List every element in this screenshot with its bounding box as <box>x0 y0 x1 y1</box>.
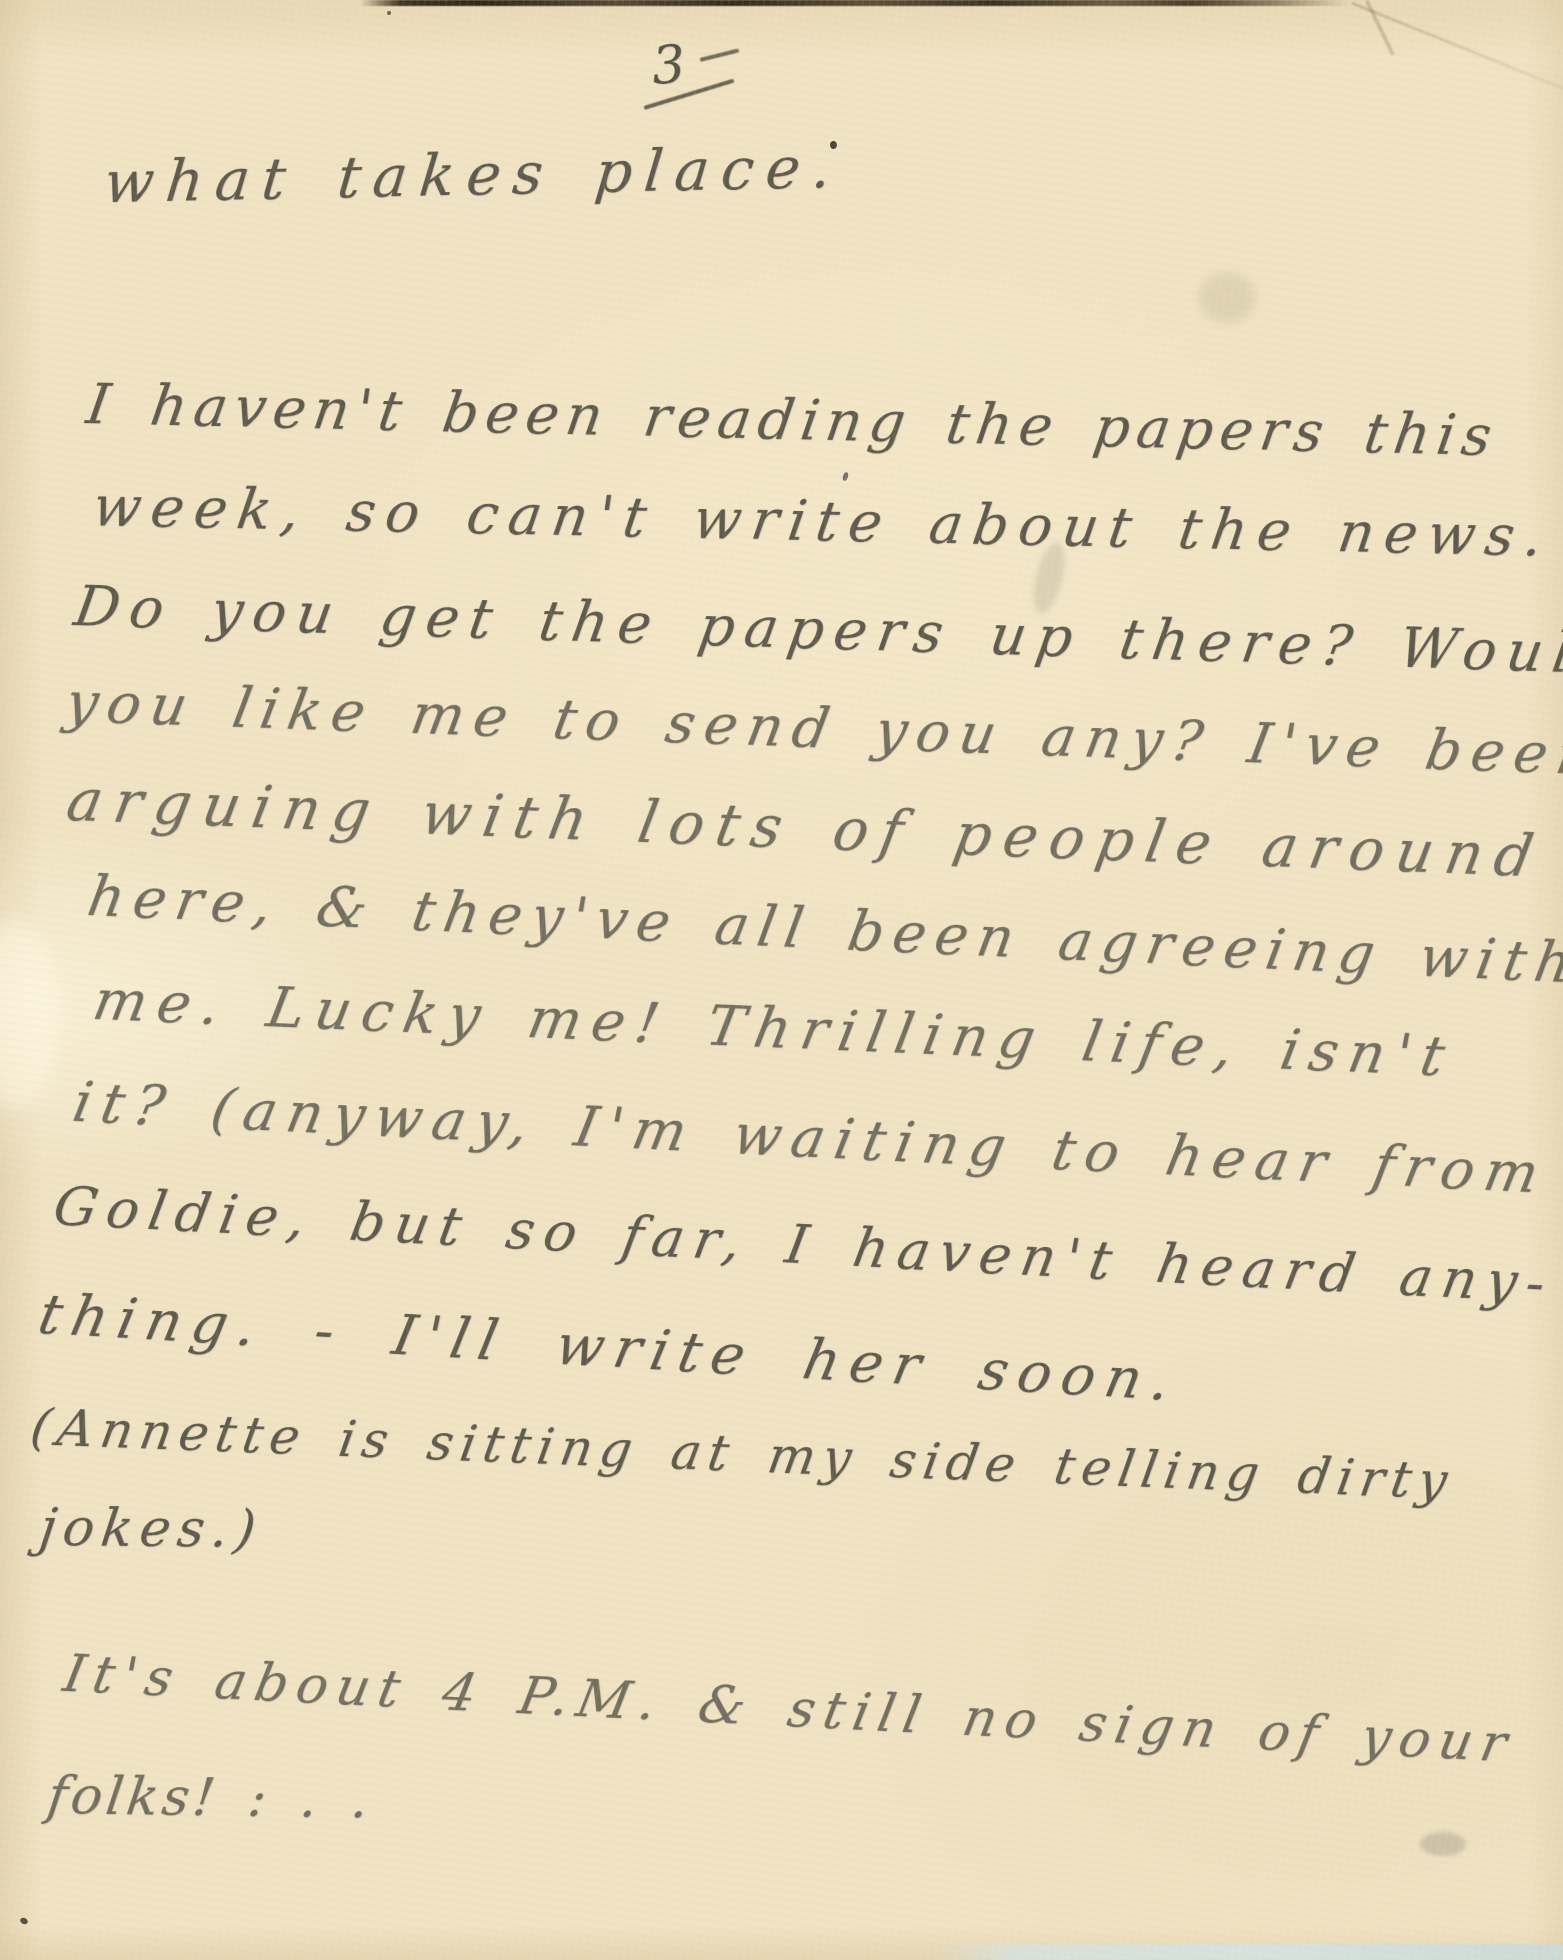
handwritten-line: you like me to send you any? I've been <box>61 670 1563 788</box>
handwritten-line: what takes place. <box>101 133 846 217</box>
handwritten-line: I haven't been reading the papers this <box>83 372 1503 469</box>
handwritten-line: (Annette is sitting at my side telling d… <box>27 1398 1459 1510</box>
scanner-strip-artifact <box>930 1944 1563 1960</box>
handwritten-line: jokes.) <box>36 1498 266 1560</box>
handwritten-line: week, so can't write about the news. <box>89 474 1557 569</box>
handwritten-line: arguing with lots of people around <box>62 766 1550 890</box>
handwritten-line: me. Lucky me! Thrilling life, isn't <box>88 968 1460 1090</box>
gray-smudge <box>1420 1832 1466 1856</box>
top-right-crease-hook <box>1365 0 1394 55</box>
ink-speck <box>19 1917 29 1926</box>
page-number: 3 <box>650 35 687 97</box>
handwritten-line: Do you get the papers up there? Would <box>70 574 1563 687</box>
page-number-dash-stroke <box>700 48 740 62</box>
ink-smudge <box>1198 272 1256 324</box>
top-right-crease <box>1351 2 1563 98</box>
handwritten-line: It's about 4 P.M. & still no sign of you… <box>59 1644 1520 1774</box>
handwritten-line: folks! : . . <box>44 1766 377 1830</box>
letter-page: 3 what takes place. I haven't been readi… <box>0 0 1563 1960</box>
ink-speck <box>842 471 850 481</box>
handwritten-line: thing. - I'll write her soon. <box>33 1282 1186 1414</box>
ink-speck <box>387 11 391 15</box>
left-edge-fold-highlight <box>0 920 60 1110</box>
torn-top-edge <box>360 0 1350 6</box>
